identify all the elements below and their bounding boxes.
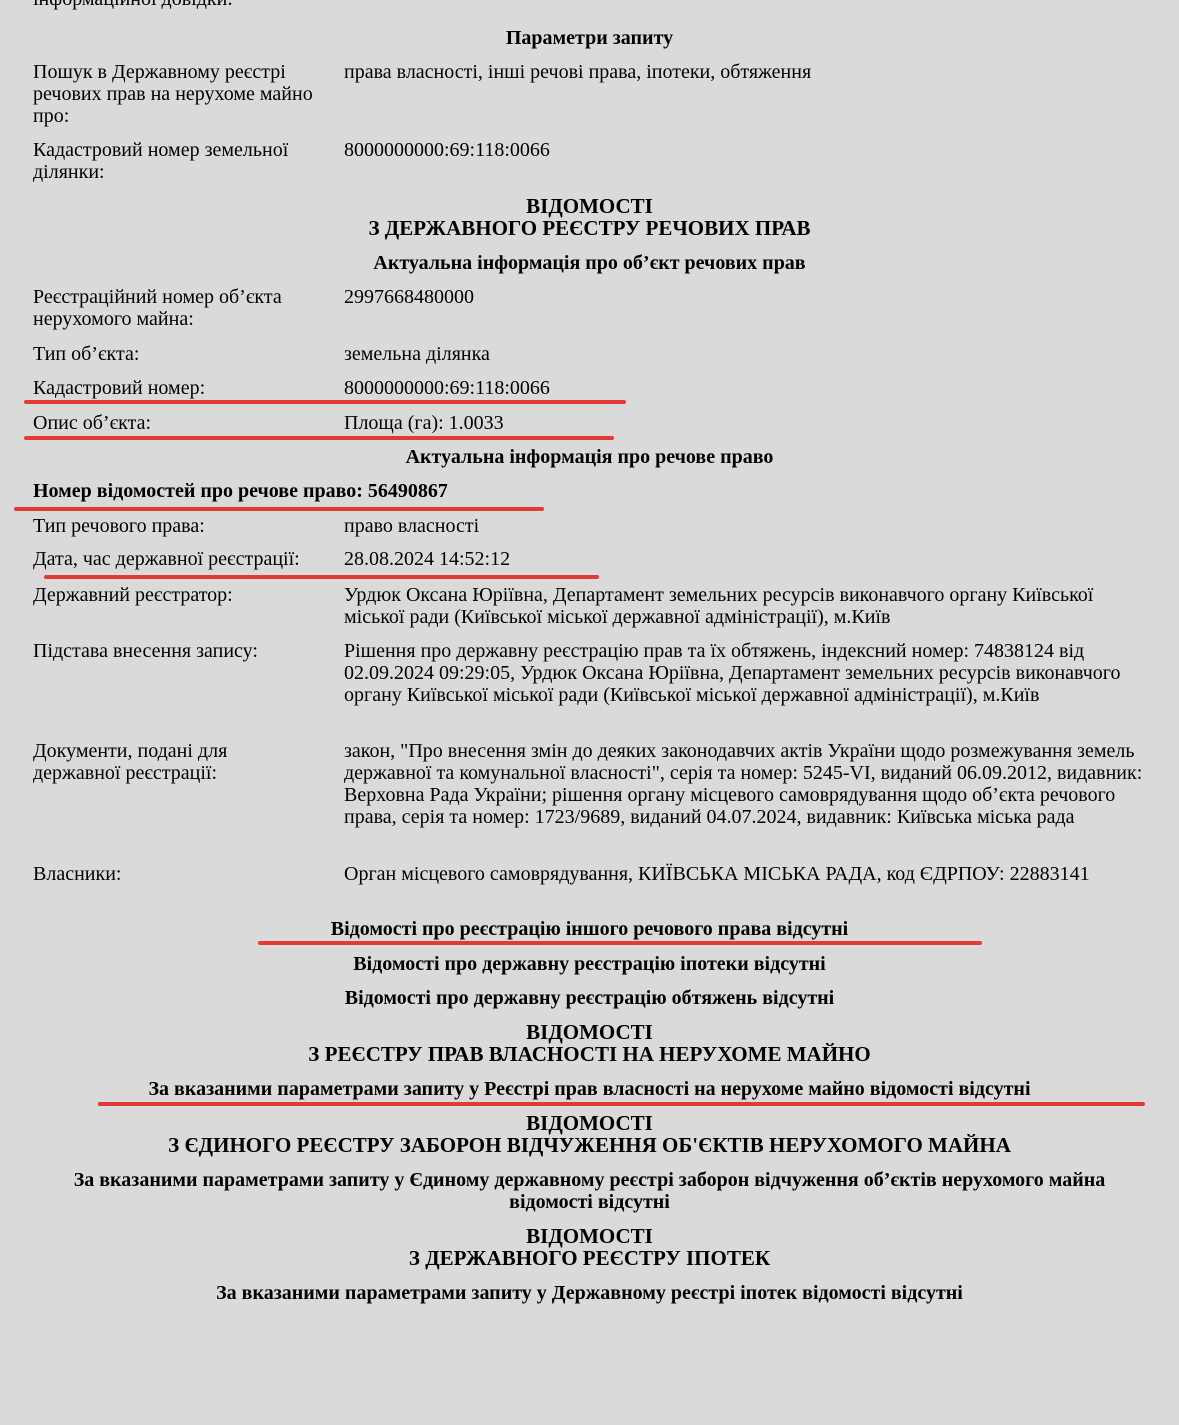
right-row-type: Тип речового права: право власності — [33, 515, 1144, 537]
object-row-cadastral: Кадастровий номер: 8000000000:69:118:006… — [33, 377, 1144, 399]
right-row-basis: Підстава внесення запису: Рішення про де… — [33, 640, 1139, 706]
object-info-heading: Актуальна інформація про об’єкт речових … — [0, 252, 1179, 274]
title-line: ВІДОМОСТІ — [0, 1021, 1179, 1043]
result-line: За вказаними параметрами запиту у Єдином… — [0, 1169, 1179, 1191]
field-value: Рішення про державну реєстрацію прав та … — [344, 640, 1139, 706]
section-title-bans: ВІДОМОСТІ З ЄДИНОГО РЕЄСТРУ ЗАБОРОН ВІДЧ… — [0, 1112, 1179, 1156]
field-value: 2997668480000 — [344, 286, 1144, 330]
query-params-heading: Параметри запиту — [0, 27, 1179, 49]
query-row-cadastral: Кадастровий номер земельної ділянки: 800… — [33, 139, 1144, 183]
field-value: закон, "Про внесення змін до деяких зако… — [344, 740, 1144, 828]
field-value: 28.08.2024 14:52:12 — [344, 548, 1144, 570]
title-line: ВІДОМОСТІ — [0, 195, 1179, 217]
right-row-documents: Документи, подані для державної реєстрац… — [33, 740, 1144, 828]
field-label: Власники: — [33, 863, 344, 885]
title-line: ВІДОМОСТІ — [0, 1225, 1179, 1247]
title-line: З ДЕРЖАВНОГО РЕЄСТРУ РЕЧОВИХ ПРАВ — [0, 217, 1179, 239]
highlight-underline — [14, 507, 544, 511]
field-value: Орган місцевого самоврядування, КИЇВСЬКА… — [344, 863, 1104, 885]
object-row-regnum: Реєстраційний номер об’єкта нерухомого м… — [33, 286, 1144, 330]
field-label: Дата, час державної реєстрації: — [33, 548, 344, 570]
object-row-description: Опис об’єкта: Площа (га): 1.0033 — [33, 412, 1144, 434]
title-line: ВІДОМОСТІ — [0, 1112, 1179, 1134]
right-info-heading: Актуальна інформація про речове право — [0, 446, 1179, 468]
field-label: Тип речового права: — [33, 515, 344, 537]
title-line: З ЄДИНОГО РЕЄСТРУ ЗАБОРОН ВІДЧУЖЕННЯ ОБ'… — [0, 1134, 1179, 1156]
field-value: Площа (га): 1.0033 — [344, 412, 1144, 434]
field-value: Урдюк Оксана Юріївна, Департамент земель… — [344, 584, 1134, 628]
right-row-date: Дата, час державної реєстрації: 28.08.20… — [33, 548, 1144, 570]
mortgage-absent: Відомості про державну реєстрацію іпотек… — [0, 953, 1179, 975]
highlight-underline — [98, 1102, 1145, 1106]
field-label: Тип об’єкта: — [33, 343, 344, 365]
top-cut-text: інформаційної довідки: — [33, 0, 233, 10]
ownership-result: За вказаними параметрами запиту у Реєстр… — [0, 1078, 1179, 1100]
field-label: Опис об’єкта: — [33, 412, 344, 434]
mortgage-registry-result: За вказаними параметрами запиту у Держав… — [0, 1282, 1179, 1304]
encumbrance-absent: Відомості про державну реєстрацію обтяже… — [0, 987, 1179, 1009]
field-value: земельна ділянка — [344, 343, 1144, 365]
field-value: 8000000000:69:118:0066 — [344, 139, 1144, 183]
right-row-owners: Власники: Орган місцевого самоврядування… — [33, 863, 1104, 885]
highlight-underline — [24, 400, 626, 404]
other-right-absent: Відомості про реєстрацію іншого речового… — [0, 918, 1179, 940]
title-line: З ДЕРЖАВНОГО РЕЄСТРУ ІПОТЕК — [0, 1247, 1179, 1269]
field-value: право власності — [344, 515, 1144, 537]
field-value: 8000000000:69:118:0066 — [344, 377, 1144, 399]
field-label: Кадастровий номер земельної ділянки: — [33, 139, 323, 183]
ban-result: За вказаними параметрами запиту у Єдином… — [0, 1169, 1179, 1213]
highlight-underline — [258, 941, 982, 945]
object-row-type: Тип об’єкта: земельна ділянка — [33, 343, 1144, 365]
field-value: права власності, інші речові права, іпот… — [344, 61, 1144, 127]
field-label: Підстава внесення запису: — [33, 640, 344, 706]
result-line: відомості відсутні — [0, 1191, 1179, 1213]
field-label: Пошук в Державному реєстрі речових прав … — [33, 61, 323, 127]
highlight-underline — [44, 575, 599, 579]
field-label: Реєстраційний номер об’єкта нерухомого м… — [33, 286, 323, 330]
title-line: З РЕЄСТРУ ПРАВ ВЛАСНОСТІ НА НЕРУХОМЕ МАЙ… — [0, 1043, 1179, 1065]
query-row-search: Пошук в Державному реєстрі речових прав … — [33, 61, 1144, 127]
right-number: Номер відомостей про речове право: 56490… — [33, 480, 448, 502]
section-title-rights: ВІДОМОСТІ З ДЕРЖАВНОГО РЕЄСТРУ РЕЧОВИХ П… — [0, 195, 1179, 239]
section-title-ownership: ВІДОМОСТІ З РЕЄСТРУ ПРАВ ВЛАСНОСТІ НА НЕ… — [0, 1021, 1179, 1065]
field-label: Документи, подані для державної реєстрац… — [33, 740, 293, 828]
highlight-underline — [24, 436, 614, 440]
field-label: Кадастровий номер: — [33, 377, 344, 399]
right-row-registrar: Державний реєстратор: Урдюк Оксана Юріїв… — [33, 584, 1134, 628]
section-title-mortgages: ВІДОМОСТІ З ДЕРЖАВНОГО РЕЄСТРУ ІПОТЕК — [0, 1225, 1179, 1269]
field-label: Державний реєстратор: — [33, 584, 344, 628]
